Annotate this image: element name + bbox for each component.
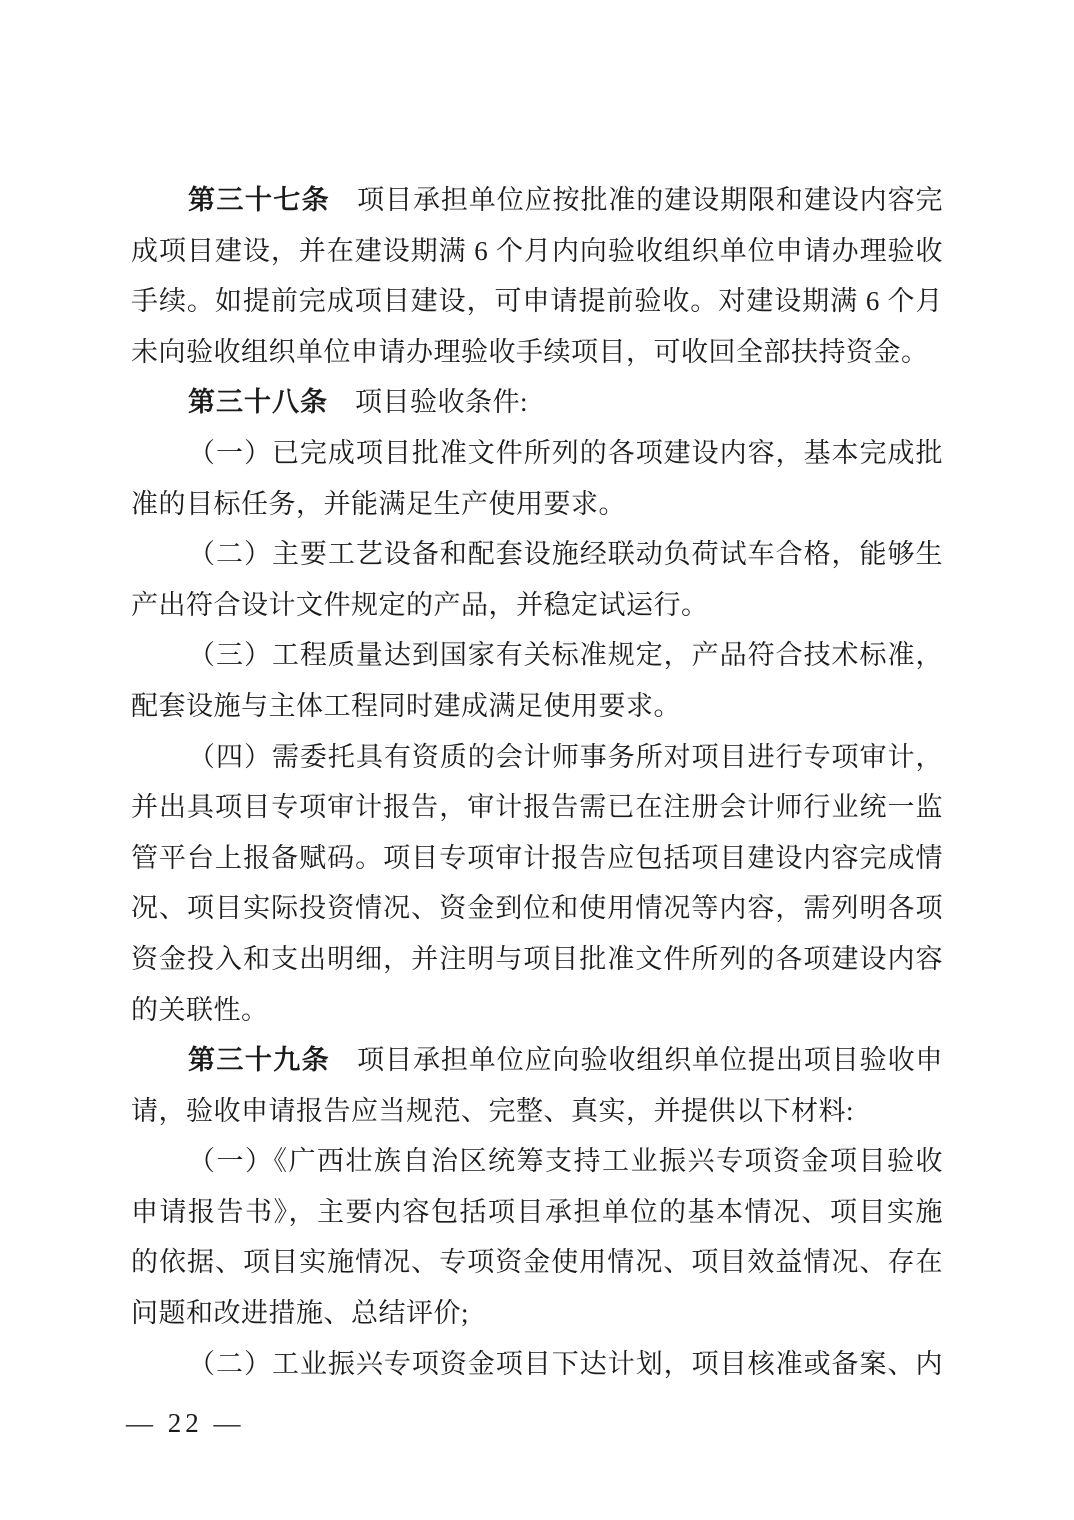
text-line: 未向验收组织单位申请办理验收手续项目，可收回全部扶持资金。 (131, 327, 943, 378)
line-text: 况、项目实际投资情况、资金到位和使用情况等内容，需列明各项 (131, 893, 943, 923)
line-text: 项目承担单位应向验收组织单位提出项目验收申 (357, 1045, 943, 1075)
text-line: 并出具项目专项审计报告，审计报告需已在注册会计师行业统一监 (131, 782, 943, 833)
text-line: （三）工程质量达到国家有关标准规定，产品符合技术标准， (131, 630, 943, 681)
text-line: （一）已完成项目批准文件所列的各项建设内容，基本完成批 (131, 428, 943, 479)
line-text: （一）已完成项目批准文件所列的各项建设内容，基本完成批 (188, 438, 943, 468)
line-text: 管平台上报备赋码。项目专项审计报告应包括项目建设内容完成情 (131, 843, 943, 873)
line-text: 问题和改进措施、总结评价; (131, 1298, 469, 1328)
text-line: 申请报告书》，主要内容包括项目承担单位的基本情况、项目实施 (131, 1187, 943, 1238)
line-text: 准的目标任务，并能满足生产使用要求。 (131, 489, 626, 519)
text-line: （一）《广西壮族自治区统筹支持工业振兴专项资金项目验收 (131, 1136, 943, 1187)
line-text: 项目承担单位应按批准的建设期限和建设内容完 (357, 185, 943, 215)
text-line: 手续。如提前完成项目建设，可申请提前验收。对建设期满 6 个月 (131, 276, 943, 327)
line-text: 请，验收申请报告应当规范、完整、真实，并提供以下材料: (131, 1096, 854, 1126)
line-text: （二）工业振兴专项资金项目下达计划，项目核准或备案、内 (188, 1349, 943, 1379)
text-line: （二）主要工艺设备和配套设施经联动负荷试车合格，能够生 (131, 529, 943, 580)
text-line: 况、项目实际投资情况、资金到位和使用情况等内容，需列明各项 (131, 883, 943, 934)
article-heading: 第三十九条 (188, 1045, 330, 1075)
text-line: 准的目标任务，并能满足生产使用要求。 (131, 479, 943, 530)
document-page: 第三十七条项目承担单位应按批准的建设期限和建设内容完成项目建设，并在建设期满 6… (0, 0, 1074, 1520)
line-text: 项目验收条件: (355, 387, 528, 417)
line-text: （一）《广西壮族自治区统筹支持工业振兴专项资金项目验收 (188, 1146, 943, 1176)
line-text: 资金投入和支出明细，并注明与项目批准文件所列的各项建设内容 (131, 944, 943, 974)
line-text: 的依据、项目实施情况、专项资金使用情况、项目效益情况、存在 (131, 1247, 943, 1277)
article-heading: 第三十八条 (188, 387, 328, 417)
line-text: 未向验收组织单位申请办理验收手续项目，可收回全部扶持资金。 (131, 337, 929, 367)
text-line: （四）需委托具有资质的会计师事务所对项目进行专项审计， (131, 732, 943, 783)
line-text: 手续。如提前完成项目建设，可申请提前验收。对建设期满 6 个月 (131, 286, 943, 316)
line-text: （三）工程质量达到国家有关标准规定，产品符合技术标准， (188, 640, 943, 670)
text-line: 管平台上报备赋码。项目专项审计报告应包括项目建设内容完成情 (131, 833, 943, 884)
text-line: 成项目建设，并在建设期满 6 个月内向验收组织单位申请办理验收 (131, 226, 943, 277)
line-text: 申请报告书》，主要内容包括项目承担单位的基本情况、项目实施 (131, 1197, 943, 1227)
text-line: 资金投入和支出明细，并注明与项目批准文件所列的各项建设内容 (131, 934, 943, 985)
line-text: （四）需委托具有资质的会计师事务所对项目进行专项审计， (188, 742, 943, 772)
text-line: 的依据、项目实施情况、专项资金使用情况、项目效益情况、存在 (131, 1237, 943, 1288)
text-line: 第三十九条项目承担单位应向验收组织单位提出项目验收申 (131, 1035, 943, 1086)
text-line: （二）工业振兴专项资金项目下达计划，项目核准或备案、内 (131, 1339, 943, 1390)
line-text: 的关联性。 (131, 995, 269, 1025)
page-number: — 22 — (126, 1405, 245, 1441)
line-text: 并出具项目专项审计报告，审计报告需已在注册会计师行业统一监 (131, 792, 943, 822)
article-heading: 第三十七条 (188, 185, 330, 215)
line-text: 产出符合设计文件规定的产品，并稳定试运行。 (131, 590, 709, 620)
document-body: 第三十七条项目承担单位应按批准的建设期限和建设内容完成项目建设，并在建设期满 6… (131, 175, 943, 1389)
line-text: （二）主要工艺设备和配套设施经联动负荷试车合格，能够生 (188, 539, 943, 569)
text-line: 问题和改进措施、总结评价; (131, 1288, 943, 1339)
line-text: 配套设施与主体工程同时建成满足使用要求。 (131, 691, 681, 721)
line-text: 成项目建设，并在建设期满 6 个月内向验收组织单位申请办理验收 (131, 236, 943, 266)
text-line: 的关联性。 (131, 985, 943, 1036)
text-line: 第三十七条项目承担单位应按批准的建设期限和建设内容完 (131, 175, 943, 226)
text-line: 第三十八条项目验收条件: (131, 377, 943, 428)
text-line: 产出符合设计文件规定的产品，并稳定试运行。 (131, 580, 943, 631)
text-line: 请，验收申请报告应当规范、完整、真实，并提供以下材料: (131, 1086, 943, 1137)
text-line: 配套设施与主体工程同时建成满足使用要求。 (131, 681, 943, 732)
